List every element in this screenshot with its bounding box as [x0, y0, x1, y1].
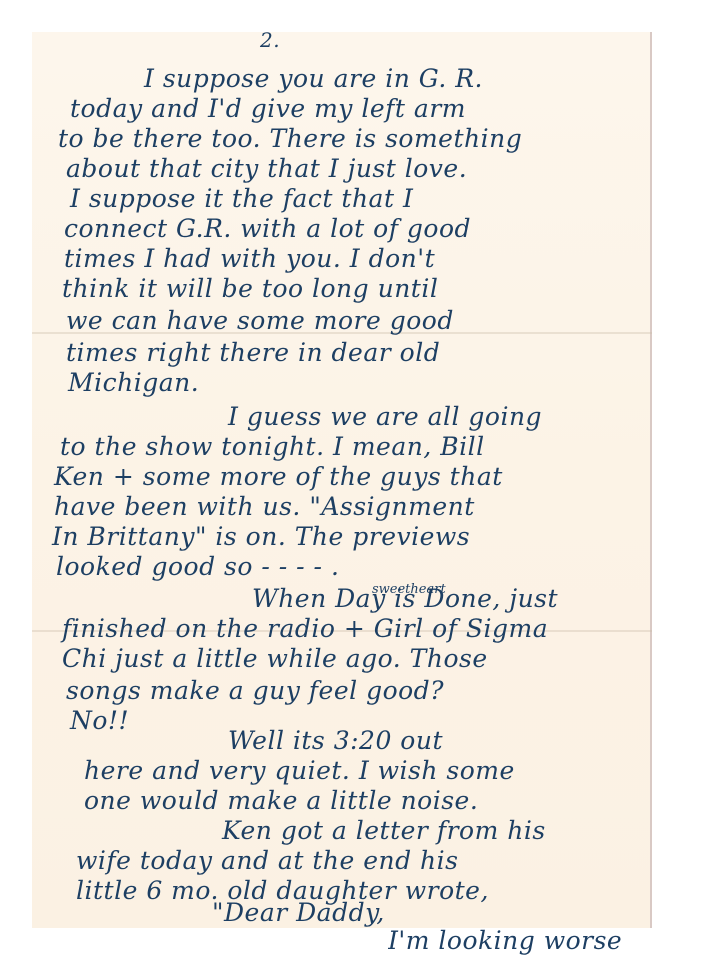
letter-line: to be there too. There is something [58, 124, 522, 153]
letter-line: connect G.R. with a lot of good [64, 214, 471, 243]
letter-line: "Dear Daddy, [212, 898, 385, 927]
letter-line: No!! [70, 706, 129, 735]
letter-line: times right there in dear old [66, 338, 440, 367]
letter-line: here and very quiet. I wish some [84, 756, 515, 785]
page-number: 2. [260, 28, 280, 52]
letter-line: I guess we are all going [228, 402, 542, 431]
letter-line: I suppose you are in G. R. [144, 64, 483, 93]
letter-line: Michigan. [68, 368, 199, 397]
letter-line: have been with us. "Assignment [54, 492, 475, 521]
letter-line: I suppose it the fact that I [70, 184, 413, 213]
inserted-word: sweetheart [372, 582, 446, 597]
letter-line: one would make a little noise. [84, 786, 478, 815]
letter-line: we can have some more good [66, 306, 454, 335]
letter-line: think it will be too long until [62, 274, 438, 303]
letter-line: Ken got a letter from his [222, 816, 546, 845]
letter-line: today and I'd give my left arm [70, 94, 466, 123]
letter-line: Ken + some more of the guys that [54, 462, 503, 491]
letter-line: In Brittany" is on. The previews [52, 522, 470, 551]
letter-line: songs make a guy feel good? [66, 676, 444, 705]
letter-line: Chi just a little while ago. Those [62, 644, 488, 673]
letter-line: times I had with you. I don't [64, 244, 435, 273]
letter-line: looked good so - - - - . [56, 552, 339, 581]
letter-page: 2. I suppose you are in G. R. today and … [32, 32, 652, 928]
letter-line: I'm looking worse [388, 926, 622, 956]
letter-line: finished on the radio + Girl of Sigma [62, 614, 548, 643]
letter-line: wife today and at the end his [76, 846, 458, 875]
letter-line: Well its 3:20 out [228, 726, 443, 755]
letter-line: about that city that I just love. [66, 154, 467, 183]
letter-line: to the show tonight. I mean, Bill [60, 432, 485, 461]
